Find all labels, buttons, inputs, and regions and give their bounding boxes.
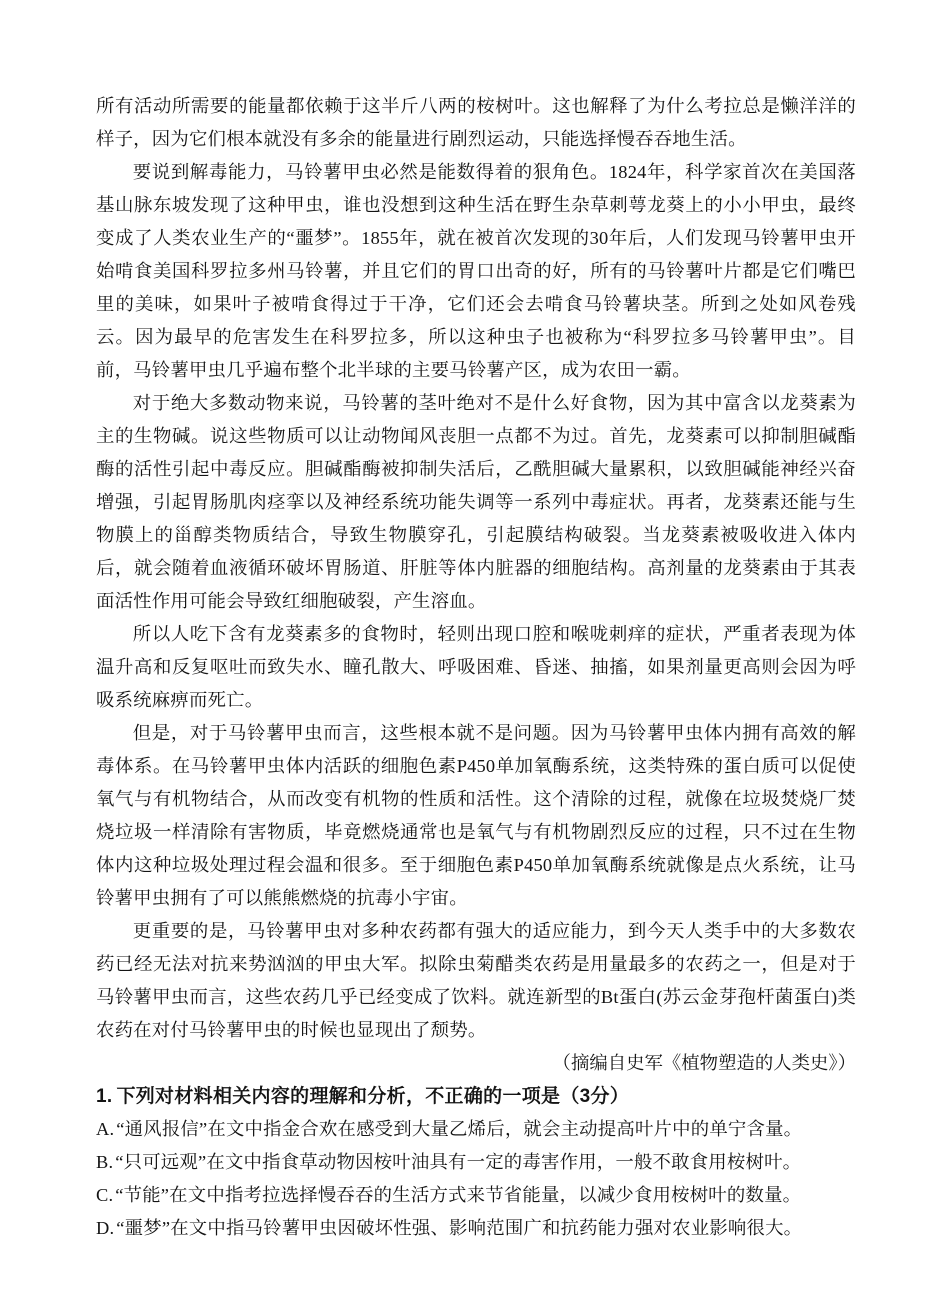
attribution-line: （摘编自史军《植物塑造的人类史》） — [96, 1047, 856, 1080]
option-c: C.“节能”在文中指考拉选择慢吞吞的生活方式来节省能量，以减少食用桉树叶的数量。 — [96, 1179, 856, 1212]
question-text: 下列对材料相关内容的理解和分析，不正确的一项是（3分） — [116, 1086, 629, 1107]
passage-paragraph-3: 对于绝大多数动物来说，马铃薯的茎叶绝对不是什么好食物，因为其中富含以龙葵素为主的… — [96, 387, 856, 618]
passage-paragraph-2: 要说到解毒能力，马铃薯甲虫必然是能数得着的狠角色。1824年，科学家首次在美国落… — [96, 156, 856, 387]
option-d: D.“噩梦”在文中指马铃薯甲虫因破坏性强、影响范围广和抗药能力强对农业影响很大。 — [96, 1212, 856, 1245]
option-c-label: C. — [96, 1185, 113, 1205]
passage-paragraph-6: 更重要的是，马铃薯甲虫对多种农药都有强大的适应能力，到今天人类手中的大多数农药已… — [96, 915, 856, 1047]
option-c-text: “节能”在文中指考拉选择慢吞吞的生活方式来节省能量，以减少食用桉树叶的数量。 — [115, 1185, 801, 1205]
question-1-header: 1.下列对材料相关内容的理解和分析，不正确的一项是（3分） — [96, 1080, 856, 1113]
option-a-label: A. — [96, 1119, 114, 1139]
passage-paragraph-1: 所有活动所需要的能量都依赖于这半斤八两的桉树叶。这也解释了为什么考拉总是懒洋洋的… — [96, 90, 856, 156]
exam-page: 所有活动所需要的能量都依赖于这半斤八两的桉树叶。这也解释了为什么考拉总是懒洋洋的… — [0, 0, 950, 1316]
question-number: 1. — [96, 1086, 112, 1107]
option-a: A.“通风报信”在文中指金合欢在感受到大量乙烯后，就会主动提高叶片中的单宁含量。 — [96, 1113, 856, 1146]
option-d-label: D. — [96, 1218, 114, 1238]
passage-paragraph-4: 所以人吃下含有龙葵素多的食物时，轻则出现口腔和喉咙刺痒的症状，严重者表现为体温升… — [96, 618, 856, 717]
option-d-text: “噩梦”在文中指马铃薯甲虫因破坏性强、影响范围广和抗药能力强对农业影响很大。 — [116, 1218, 802, 1238]
reading-passage: 所有活动所需要的能量都依赖于这半斤八两的桉树叶。这也解释了为什么考拉总是懒洋洋的… — [96, 90, 856, 1080]
passage-paragraph-5: 但是，对于马铃薯甲虫而言，这些根本就不是问题。因为马铃薯甲虫体内拥有高效的解毒体… — [96, 717, 856, 915]
option-b-text: “只可远观”在文中指食草动物因桉叶油具有一定的毒害作用，一般不敢食用桉树叶。 — [115, 1152, 801, 1172]
option-b: B.“只可远观”在文中指食草动物因桉叶油具有一定的毒害作用，一般不敢食用桉树叶。 — [96, 1146, 856, 1179]
option-b-label: B. — [96, 1152, 113, 1172]
question-block: 1.下列对材料相关内容的理解和分析，不正确的一项是（3分） A.“通风报信”在文… — [96, 1080, 856, 1245]
option-a-text: “通风报信”在文中指金合欢在感受到大量乙烯后，就会主动提高叶片中的单宁含量。 — [116, 1119, 802, 1139]
